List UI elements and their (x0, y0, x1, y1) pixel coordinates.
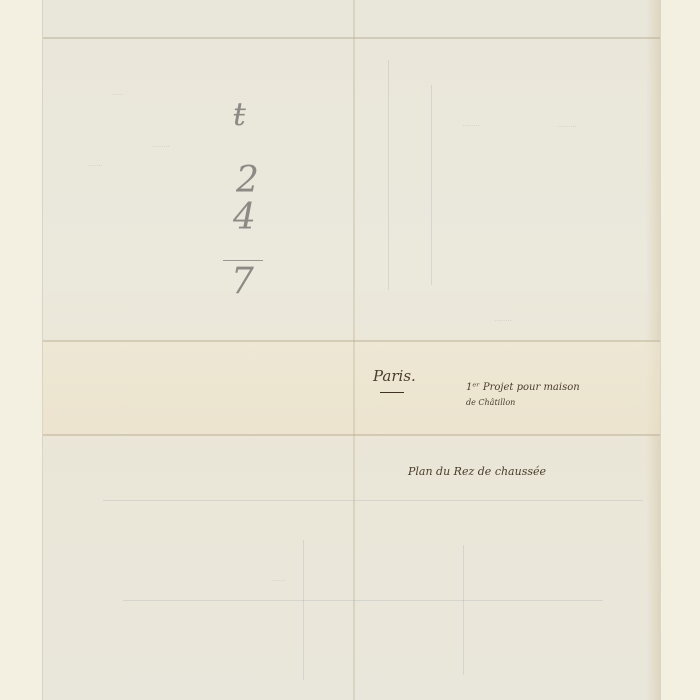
plan-wall (303, 540, 304, 680)
pencil-mark: 4 (233, 200, 256, 236)
fold-line-upper (43, 340, 660, 342)
fold-line-vertical (353, 0, 355, 700)
city-underline (380, 392, 404, 393)
plan-wall (388, 60, 389, 290)
top-border-line (43, 37, 660, 39)
room-label: ········ (153, 144, 170, 150)
room-label: ······ (273, 578, 286, 584)
room-label: ········· (558, 124, 577, 130)
plan-wall (123, 600, 603, 601)
city-label: Paris. (373, 367, 416, 385)
pencil-mark: ŧ (233, 98, 246, 130)
fold-line-lower (43, 434, 660, 436)
project-note-line2: de Châtillon (466, 398, 515, 407)
project-note-line1: 1ᵉʳ Projet pour maison (466, 382, 580, 393)
plan-wall (431, 85, 432, 285)
plan-title: Plan du Rez de chaussée (408, 465, 546, 478)
room-label: ······· (88, 163, 103, 169)
room-label: ········ (495, 318, 512, 324)
room-label: ········ (463, 123, 480, 129)
document-sheet: ····· ········ ······· ········ ········… (43, 0, 660, 700)
pencil-mark: 7 (231, 264, 254, 300)
plan-wall (103, 500, 643, 501)
pencil-mark: 2 (236, 163, 259, 199)
room-label: ····· (113, 92, 123, 98)
plan-wall (463, 545, 464, 675)
